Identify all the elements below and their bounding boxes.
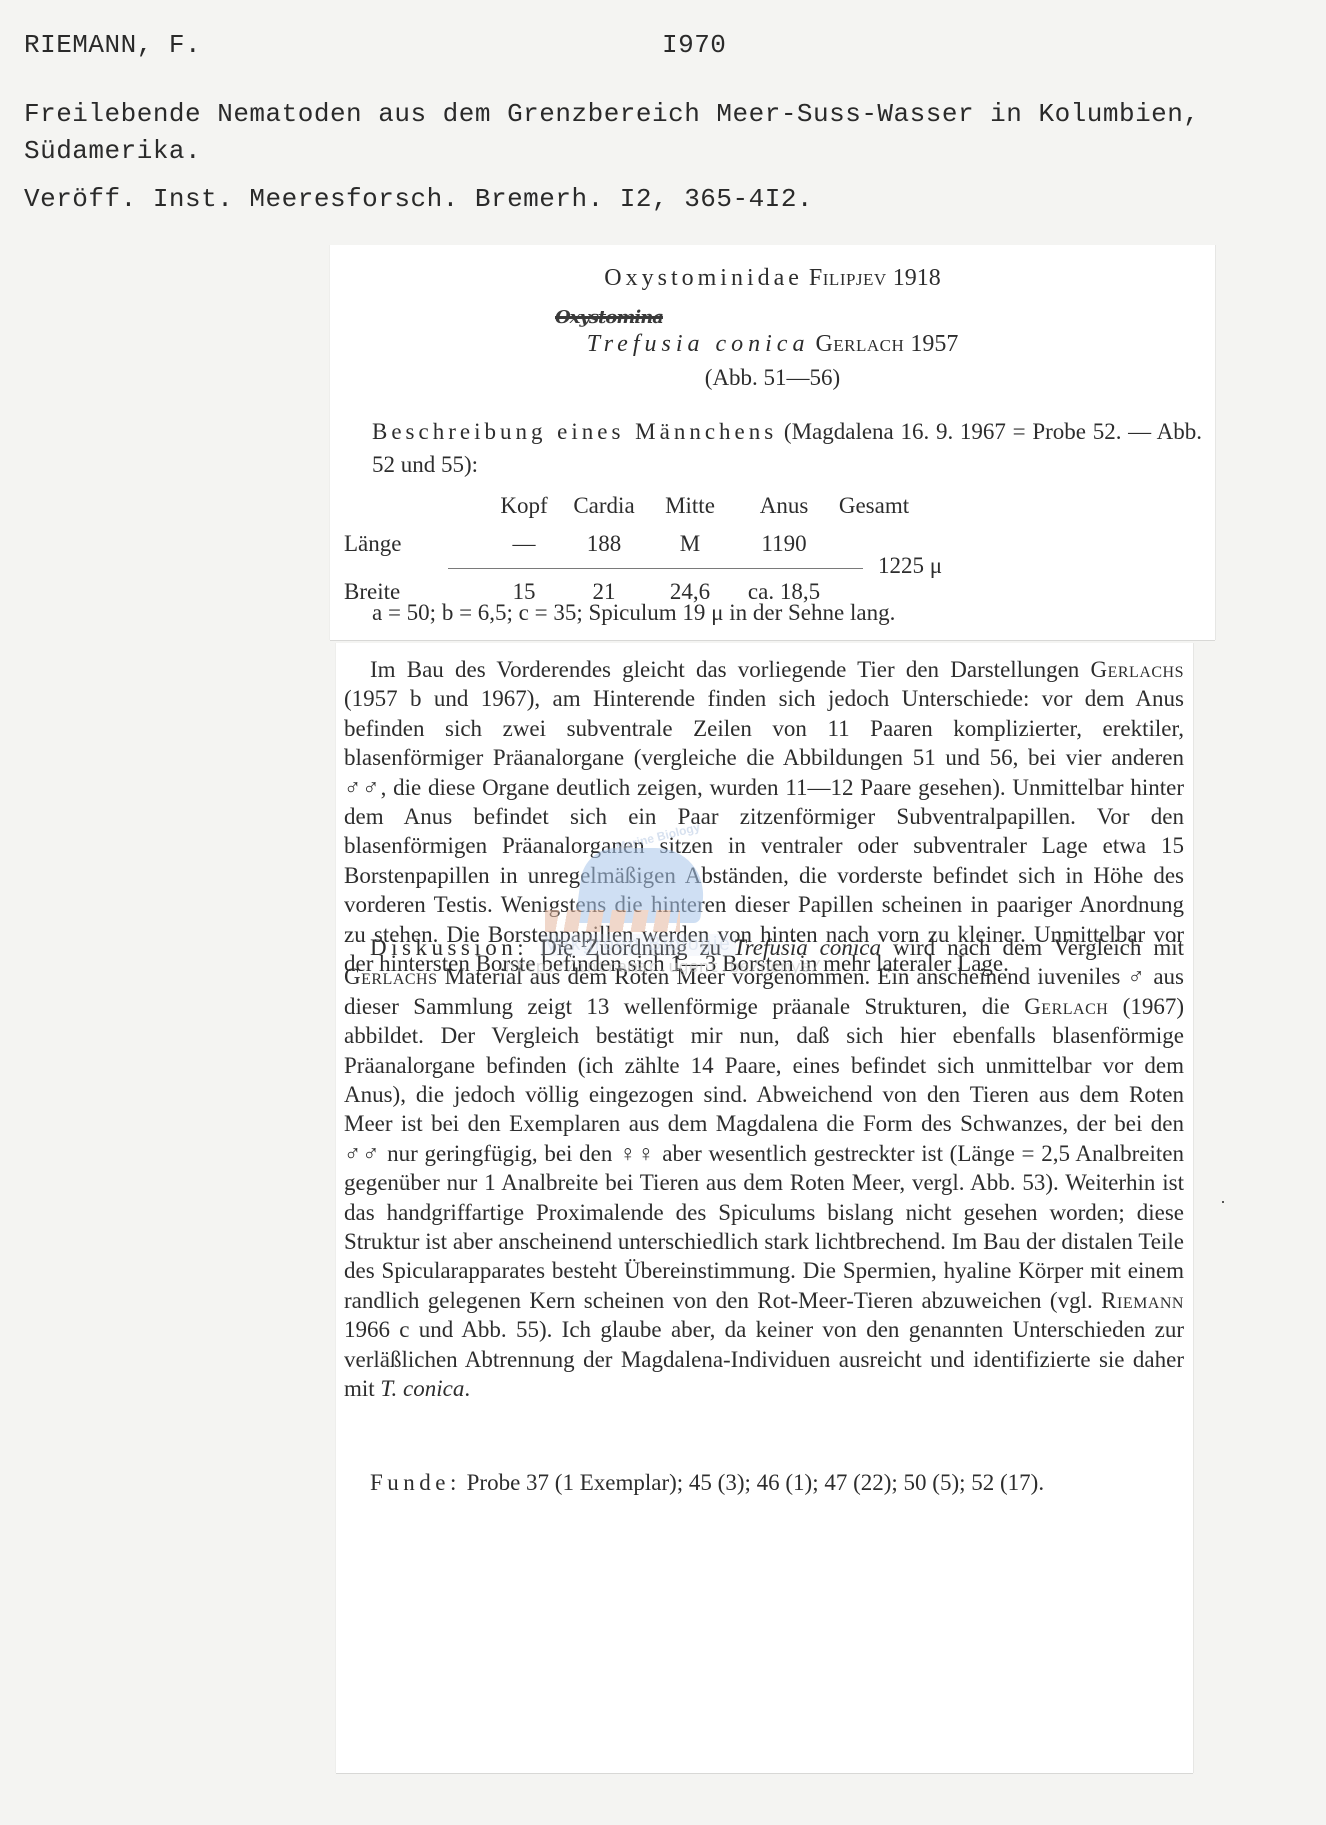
fraction-divider <box>448 568 863 569</box>
row-label: Länge <box>344 531 401 557</box>
cited-author: Riemann <box>1101 1288 1184 1313</box>
journal-citation: Veröff. Inst. Meeresforsch. Bremerh. I2,… <box>24 184 1314 214</box>
species-name: Trefusia conica <box>587 331 810 357</box>
species-heading: Trefusia conica Gerlach 1957 <box>330 331 1215 358</box>
discussion-paragraph: Diskussion: Die Zuordnung zu Trefusia co… <box>344 933 1184 1404</box>
paragraph-text: (1967) abbildet. Der Vergleich bestätigt… <box>344 994 1184 1313</box>
total-length: 1225 μ <box>878 553 942 579</box>
column-header: Gesamt <box>814 493 934 519</box>
cited-author: Gerlach <box>1024 994 1108 1019</box>
publication-title: Freilebende Nematoden aus dem Grenzberei… <box>24 96 1314 170</box>
scan-speck <box>1222 1201 1224 1203</box>
species-authority: Gerlach <box>815 331 904 357</box>
family-heading: Oxystominidae Filipjev 1918 <box>330 265 1215 292</box>
discussion-clipping: Im Bau des Vorderendes gleicht das vorli… <box>336 643 1193 1773</box>
paragraph-text: Im Bau des Vorderendes gleicht das vorli… <box>370 657 1090 682</box>
discussion-heading: Diskussion: <box>370 935 528 960</box>
paragraph-text: Die Zuordnung zu <box>528 935 733 960</box>
description-intro: Beschreibung eines Männchens (Magdalena … <box>372 415 1202 481</box>
cited-author: Gerlachs <box>1090 657 1184 682</box>
reference-card-header: RIEMANN, F. I970 Freilebende Nematoden a… <box>24 30 1314 214</box>
species-mention: T. conica <box>380 1376 464 1401</box>
species-mention: Trefusia conica <box>733 935 881 960</box>
records-heading: Funde: <box>370 1470 461 1495</box>
figure-reference: (Abb. 51—56) <box>330 365 1215 391</box>
family-name: Oxystominidae <box>604 265 803 291</box>
records-paragraph: Funde: Probe 37 (1 Exemplar); 45 (3); 46… <box>344 1468 1184 1497</box>
records-text: Probe 37 (1 Exemplar); 45 (3); 46 (1); 4… <box>461 1470 1044 1495</box>
author: RIEMANN, F. <box>24 30 201 60</box>
taxon-description-clipping: Oxystominidae Filipjev 1918 Oxystomina T… <box>330 245 1215 640</box>
measurement-header-row: Kopf Cardia Mitte Anus Gesamt <box>344 493 1044 523</box>
family-year: 1918 <box>893 265 941 291</box>
struck-handwritten-name: Oxystomina <box>555 307 795 329</box>
family-authority: Filipjev <box>809 265 887 291</box>
cited-author: Gerlachs <box>344 964 438 989</box>
paragraph-text: wird nach dem Vergleich mit <box>881 935 1184 960</box>
table-cell: 1190 <box>724 531 844 557</box>
species-year: 1957 <box>910 331 958 357</box>
body-ratios: a = 50; b = 6,5; c = 35; Spiculum 19 μ i… <box>372 600 895 626</box>
morphology-paragraph: Im Bau des Vorderendes gleicht das vorli… <box>344 655 1184 978</box>
publication-year: I970 <box>662 30 726 60</box>
author-year-line: RIEMANN, F. I970 <box>24 30 1314 66</box>
paragraph-text: . <box>464 1376 470 1401</box>
description-lead: Beschreibung eines Männchens <box>372 419 777 444</box>
